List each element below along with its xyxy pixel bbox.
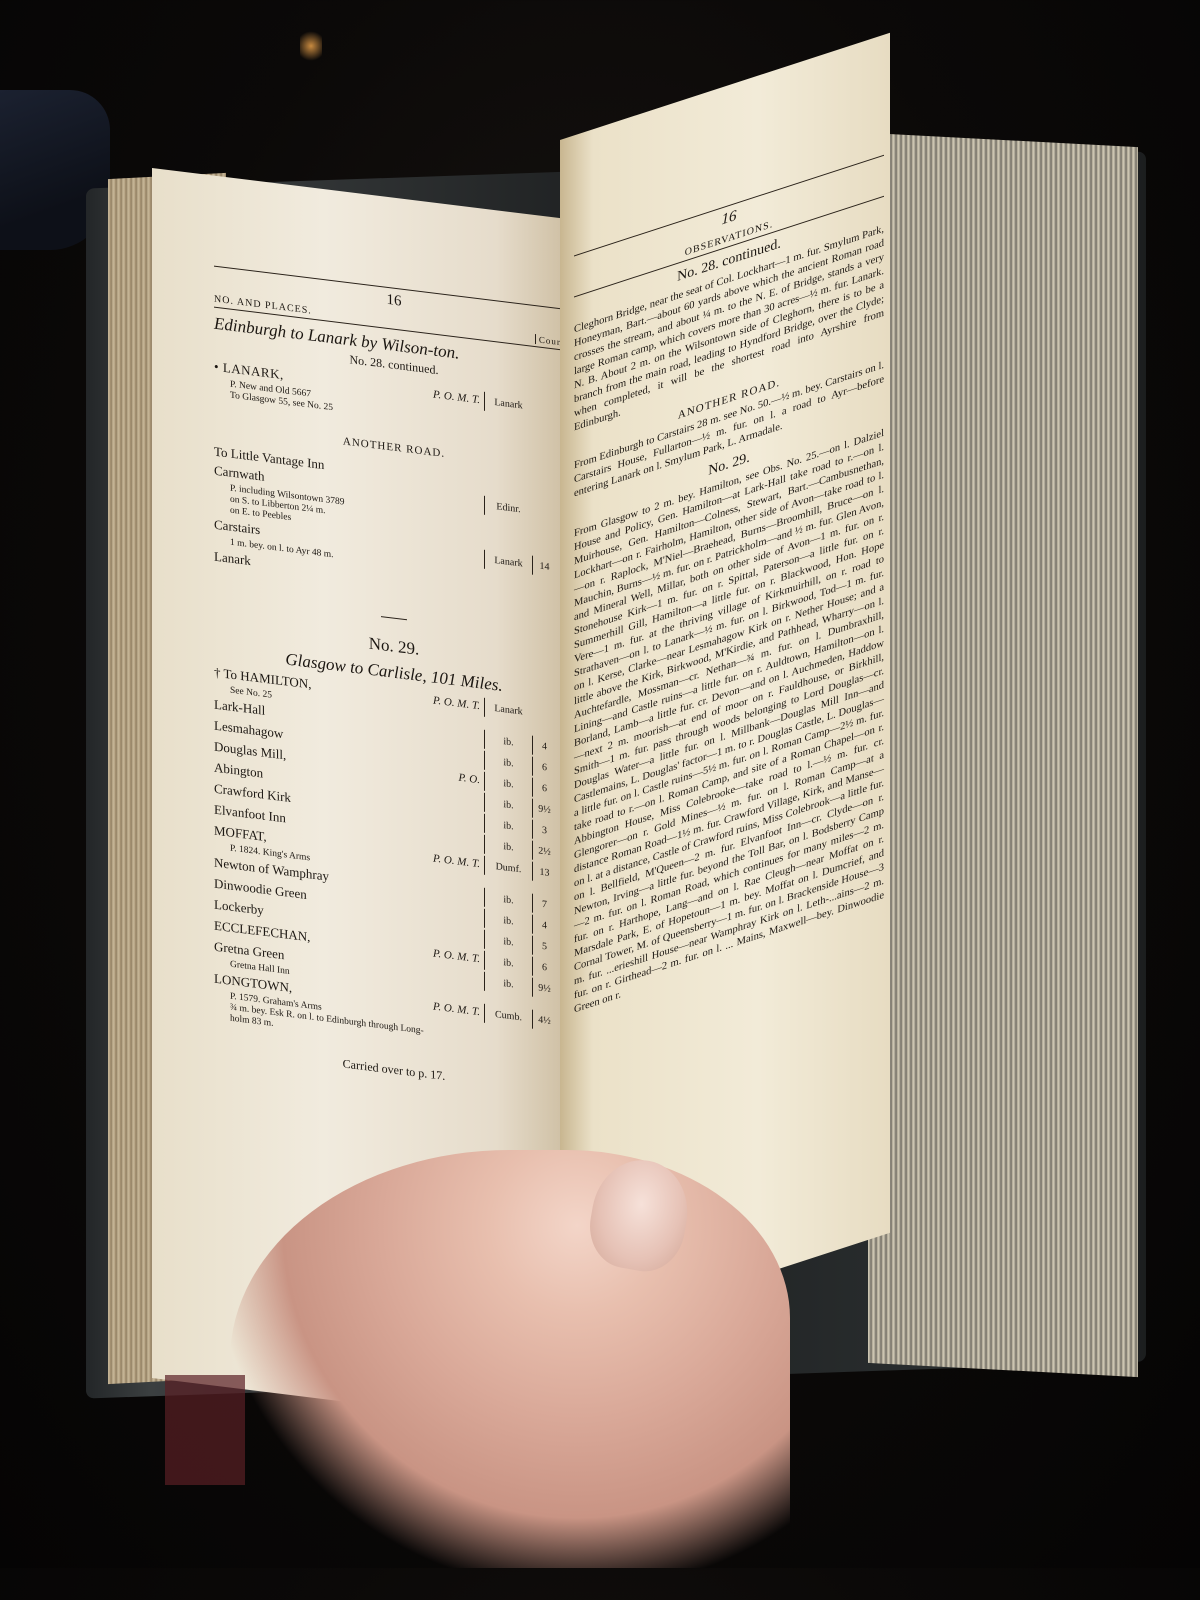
distance: 6: [532, 957, 556, 979]
distance: 9½: [532, 978, 556, 1000]
distance: 14: [532, 556, 556, 578]
county: [484, 594, 532, 600]
distance: 6: [532, 757, 556, 779]
distance: 2½: [532, 841, 556, 863]
distance: 13: [532, 862, 556, 884]
holding-hand: [230, 1150, 790, 1568]
distance: 3: [532, 820, 556, 842]
distance: 4: [532, 736, 556, 758]
distance: 7: [532, 894, 556, 916]
page-edges-right: [868, 133, 1138, 1377]
distance: [532, 410, 556, 413]
background-light: [300, 28, 322, 64]
distance: [532, 600, 556, 603]
distance: 4: [532, 915, 556, 937]
route-29-table: † To HAMILTON,P. O. M. T.LanarkSee No. 2…: [214, 663, 574, 1067]
sleeve-cuff: [165, 1375, 245, 1485]
distance: 5: [532, 936, 556, 958]
section-divider: [381, 616, 407, 620]
right-page: 16 OBSERVATIONS. No. 28. continued. Cleg…: [560, 33, 890, 1340]
distance: [532, 495, 556, 498]
distance: 6: [532, 778, 556, 800]
obs-29-text: From Glasgow to 2 m. bey. Hamilton, see …: [574, 427, 884, 1018]
distance: [532, 514, 556, 517]
distance: 4½: [532, 1010, 556, 1032]
distance: 9½: [532, 799, 556, 821]
distance: [532, 716, 556, 719]
